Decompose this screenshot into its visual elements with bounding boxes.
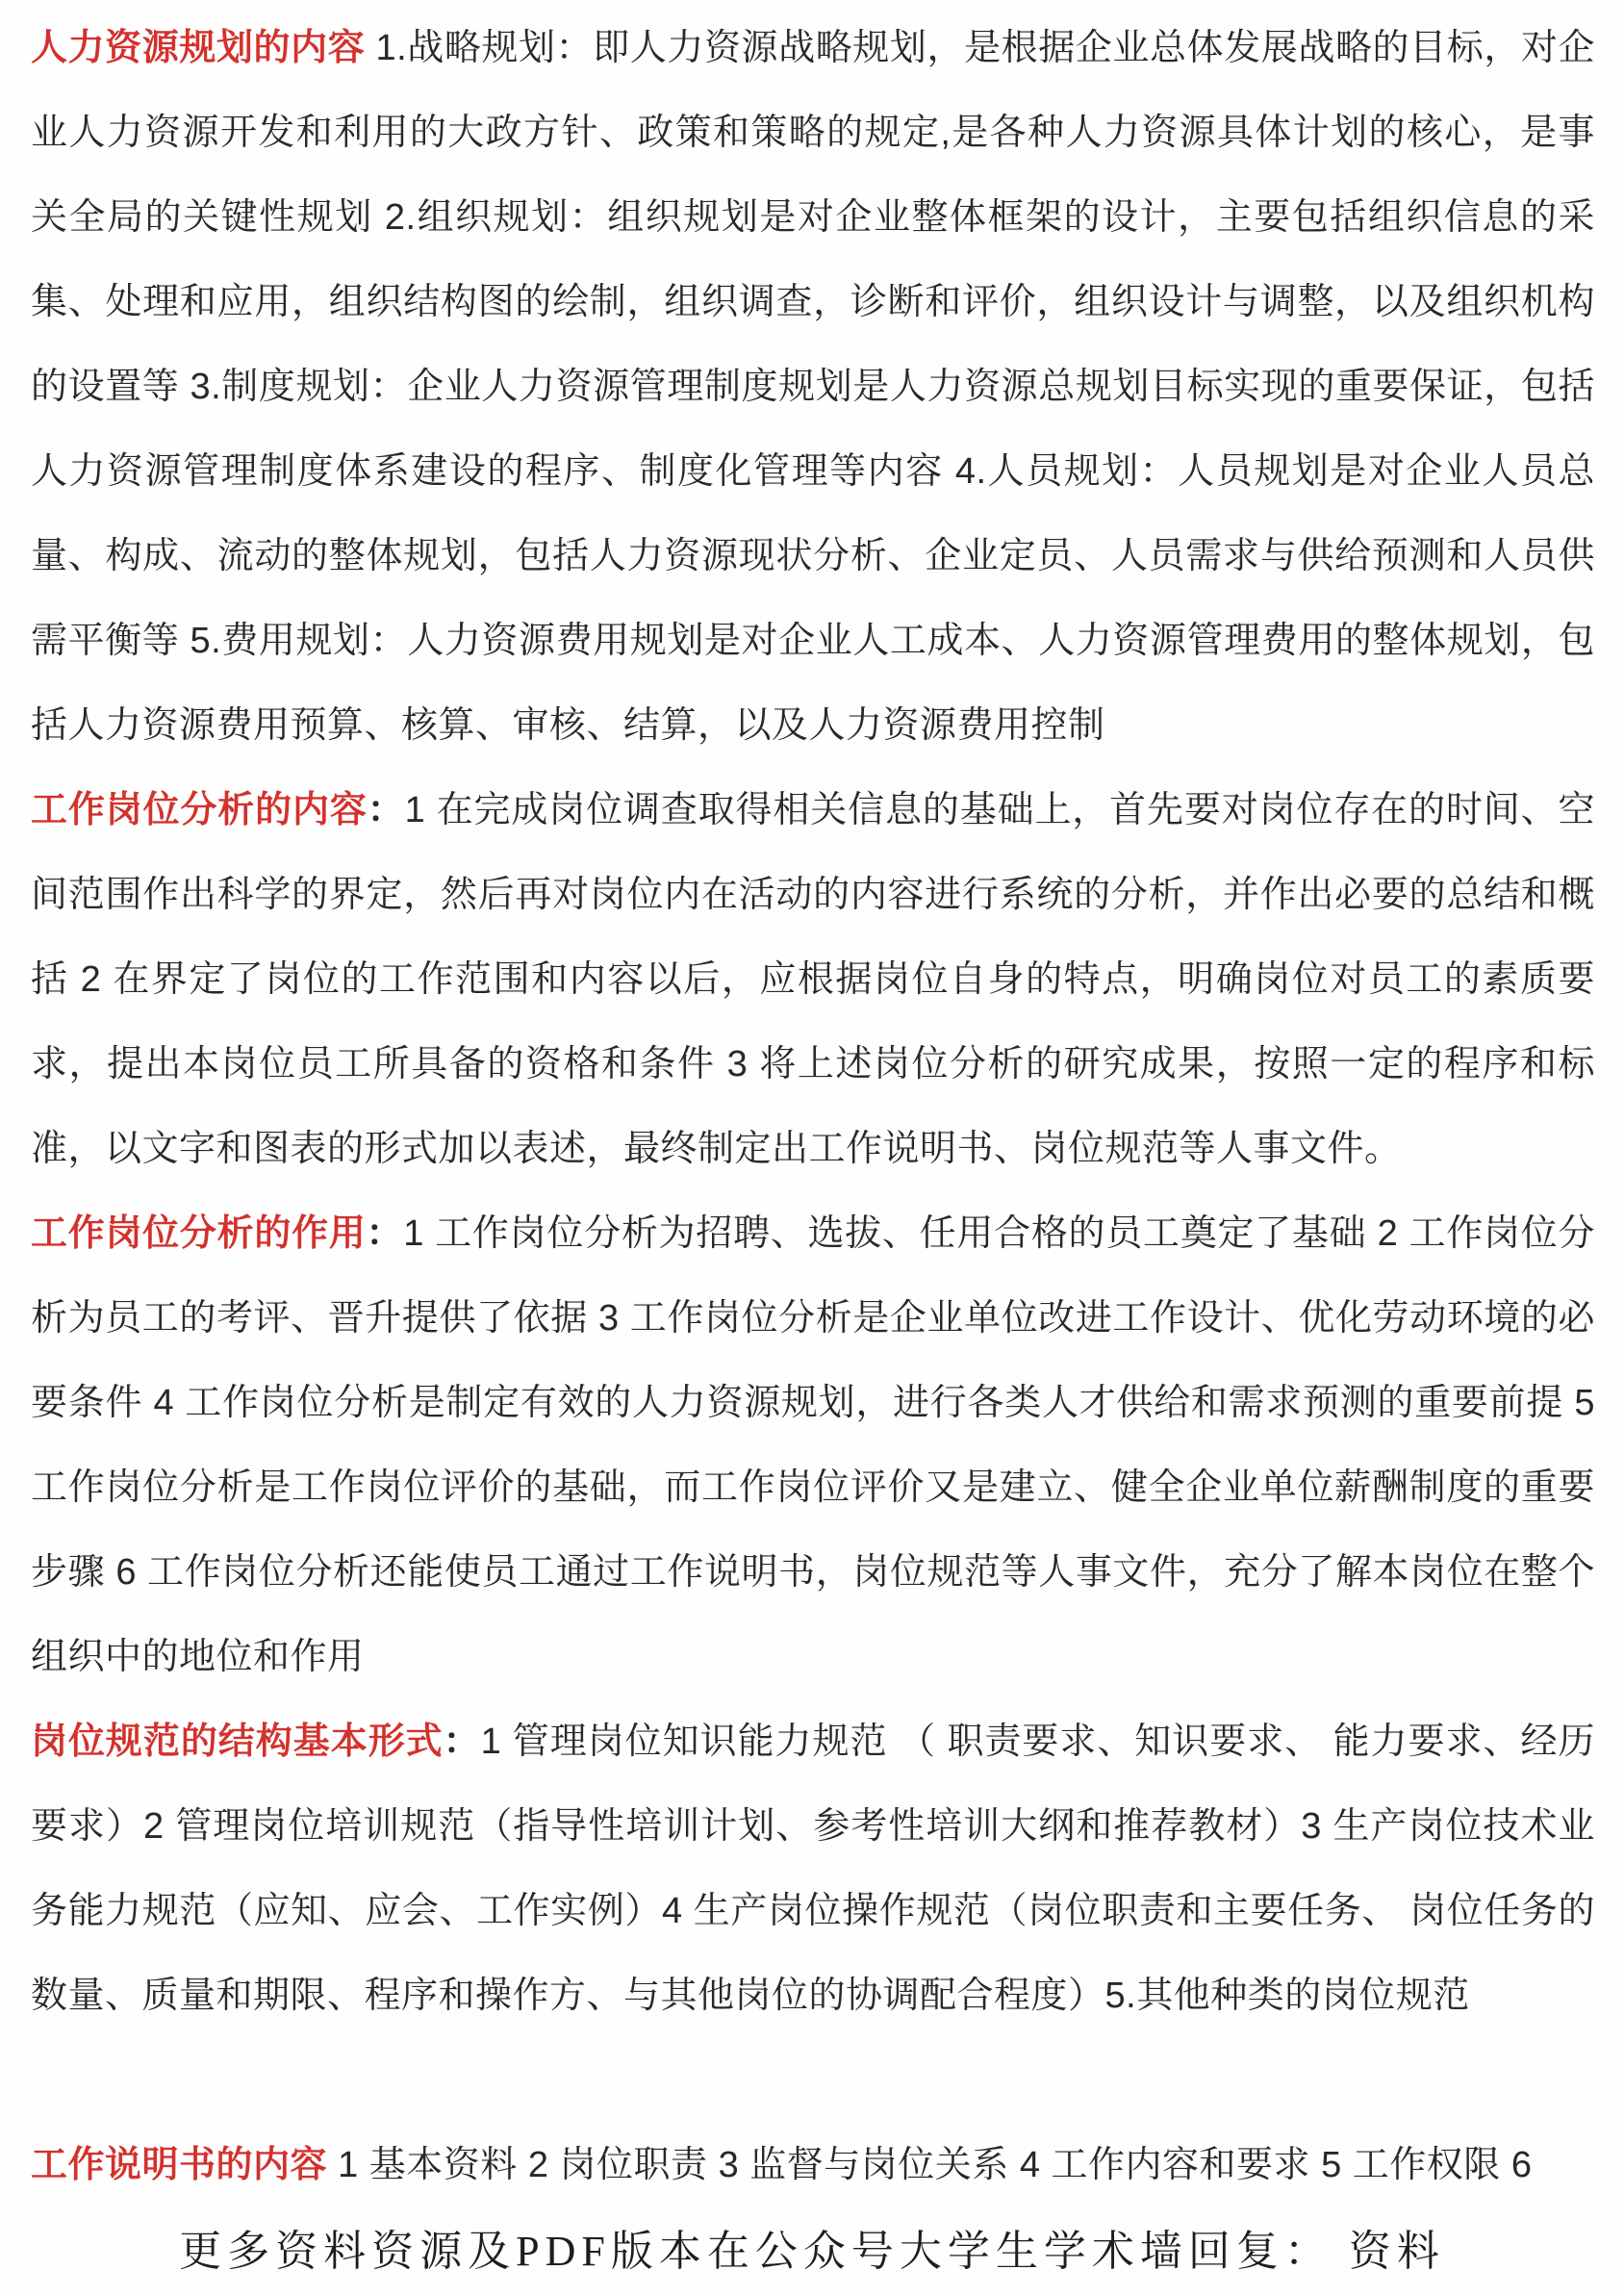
- section-heading: 工作岗位分析的内容: [31, 790, 368, 830]
- section-paragraph: 工作岗位分析的作用：1 工作岗位分析为招聘、选拔、任用合格的员工奠定了基础 2 …: [31, 1191, 1595, 1699]
- section-heading: 工作岗位分析的作用: [31, 1213, 367, 1254]
- section-paragraph: 工作说明书的内容 1 基本资料 2 岗位职责 3 监督与岗位关系 4 工作内容和…: [31, 2123, 1595, 2182]
- section-paragraph: 工作岗位分析的内容：1 在完成岗位调查取得相关信息的基础上，首先要对岗位存在的时…: [31, 768, 1595, 1191]
- section-separator: ：: [367, 1213, 404, 1254]
- section-body-text: 1 基本资料 2 岗位职责 3 监督与岗位关系 4 工作内容和要求 5 工作权限…: [338, 2145, 1532, 2182]
- section-body-text: 1.战略规划：即人力资源战略规划，是根据企业总体发展战略的目标，对企业人力资源开…: [31, 28, 1595, 746]
- section-heading: 工作说明书的内容: [31, 2145, 327, 2182]
- section-paragraph: 岗位规范的结构基本形式：1 管理岗位知识能力规范 （ 职责要求、知识要求、 能力…: [31, 1699, 1595, 2123]
- section-heading: 岗位规范的结构基本形式: [31, 1722, 444, 1762]
- section-separator: [327, 2145, 338, 2182]
- section-heading: 人力资源规划的内容: [31, 28, 365, 68]
- section-separator: ：: [368, 790, 405, 830]
- section-body-text: 1 工作岗位分析为招聘、选拔、任用合格的员工奠定了基础 2 工作岗位分析为员工的…: [31, 1213, 1595, 1677]
- document-content: 人力资源规划的内容 1.战略规划：即人力资源战略规划，是根据企业总体发展战略的目…: [0, 0, 1624, 2182]
- section-separator: [365, 28, 375, 68]
- section-body-text: 1 管理岗位知识能力规范 （ 职责要求、知识要求、 能力要求、经历要求）2 管理…: [31, 1722, 1595, 2016]
- section-paragraph: 人力资源规划的内容 1.战略规划：即人力资源战略规划，是根据企业总体发展战略的目…: [31, 6, 1595, 768]
- section-body-text: 1 在完成岗位调查取得相关信息的基础上，首先要对岗位存在的时间、空间范围作出科学…: [31, 790, 1595, 1169]
- footer-watermark: 更多资料资源及PDF版本在公众号大学生学术墙回复： 资料: [0, 2225, 1624, 2279]
- section-separator: ：: [444, 1722, 481, 1762]
- page-root: 人力资源规划的内容 1.战略规划：即人力资源战略规划，是根据企业总体发展战略的目…: [0, 0, 1624, 2296]
